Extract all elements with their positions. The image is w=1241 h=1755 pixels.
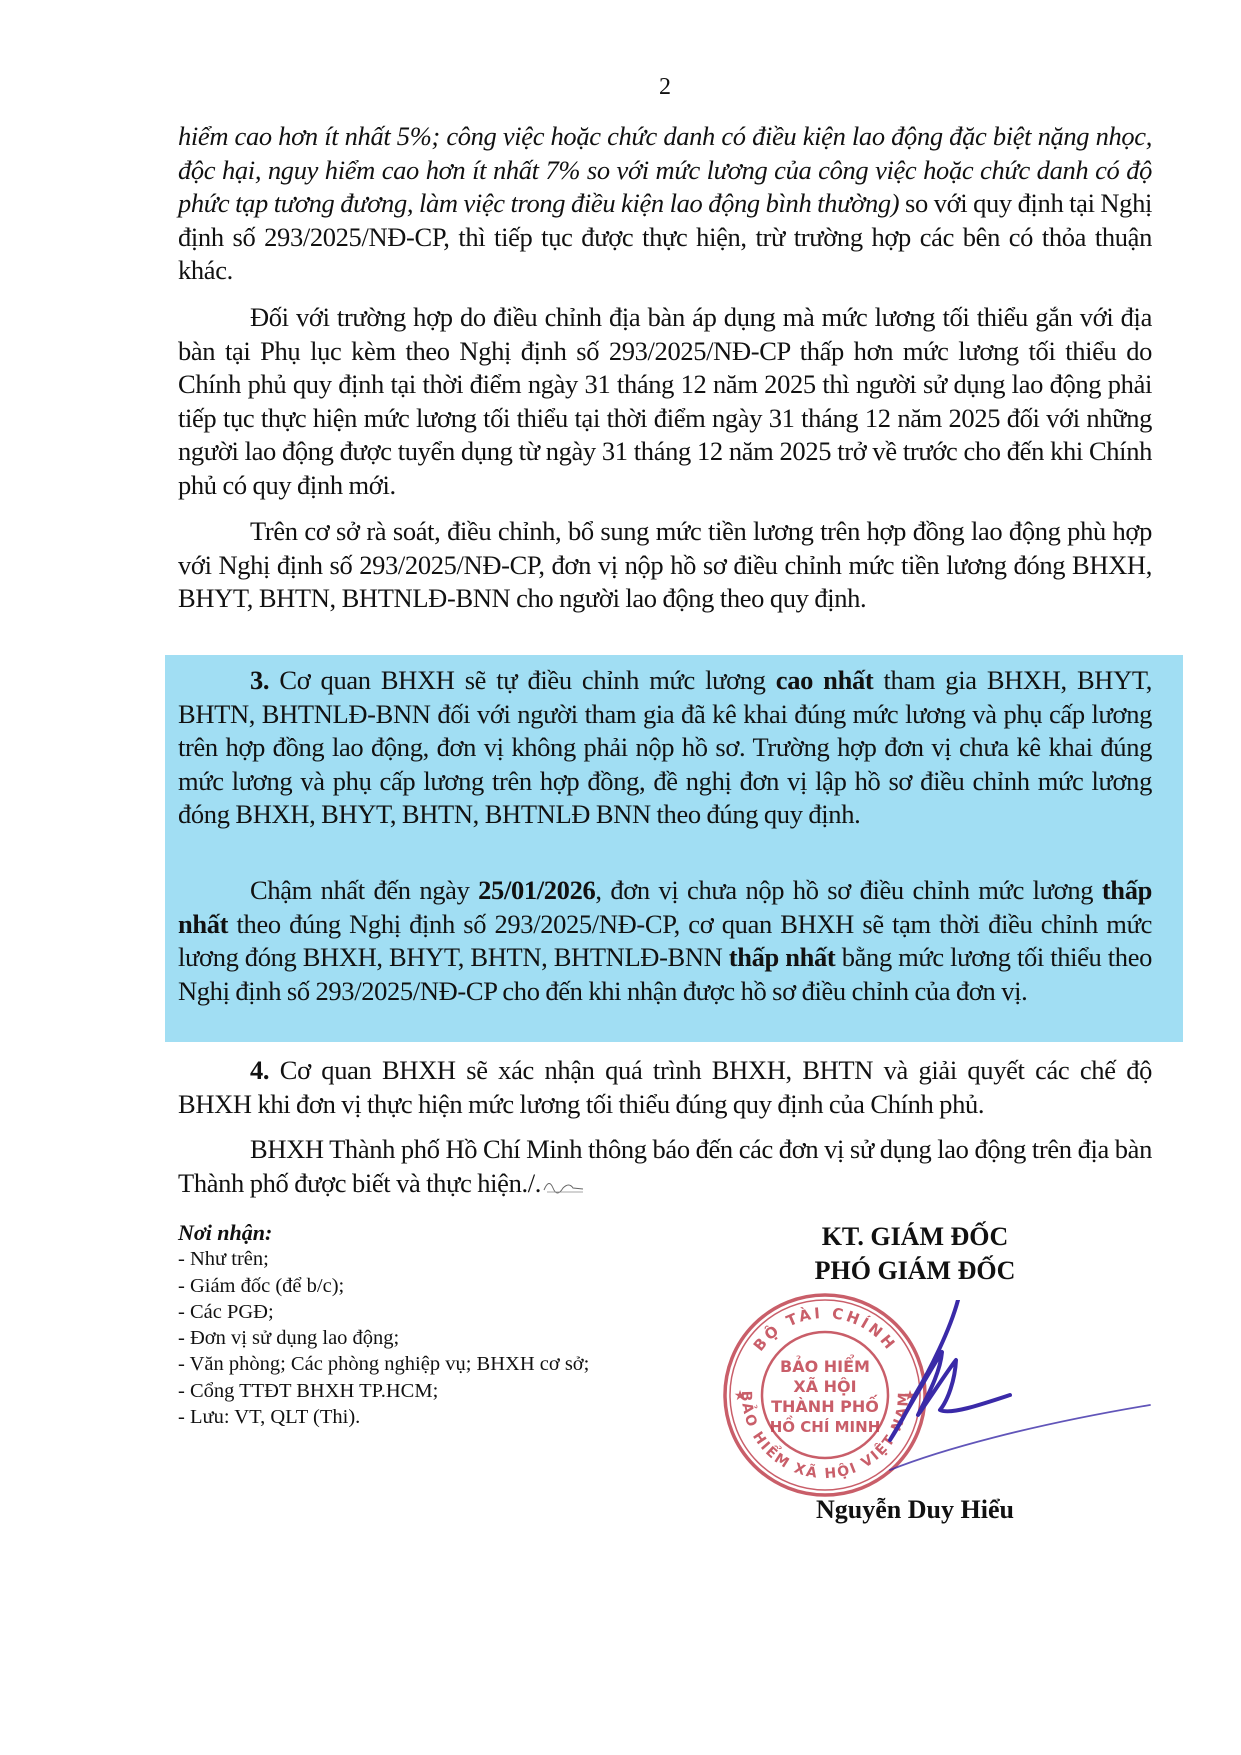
stamp-inner-line: XÃ HỘI bbox=[793, 1376, 856, 1396]
recipients-list: Nơi nhận: - Như trên; - Giám đốc (để b/c… bbox=[178, 1220, 589, 1430]
text-part: Cơ quan BHXH sẽ xác nhận quá trình BHXH,… bbox=[178, 1055, 1152, 1119]
paragraph-continuation: hiểm cao hơn ít nhất 5%; công việc hoặc … bbox=[178, 120, 1152, 288]
recipient-item: - Đơn vị sử dụng lao động; bbox=[178, 1325, 589, 1351]
item-number: 4. bbox=[250, 1055, 269, 1085]
signer-name: Nguyễn Duy Hiểu bbox=[770, 1495, 1060, 1525]
recipient-item: - Như trên; bbox=[178, 1246, 589, 1272]
text-part: Cơ quan BHXH sẽ tự điều chỉnh mức lương bbox=[269, 665, 776, 695]
recipient-item: - Giám đốc (để b/c); bbox=[178, 1273, 589, 1299]
bold-text: thấp nhất bbox=[729, 942, 836, 972]
paragraph-text: Đối với trường hợp do điều chỉnh địa bàn… bbox=[178, 301, 1152, 503]
handwritten-signature-icon bbox=[860, 1300, 1160, 1500]
text-part: Chậm nhất đến ngày bbox=[250, 875, 478, 905]
paragraph-item-3: 3. Cơ quan BHXH sẽ tự điều chỉnh mức lươ… bbox=[178, 664, 1152, 832]
deadline-date: 25/01/2026 bbox=[478, 875, 595, 905]
recipient-item: - Cổng TTĐT BHXH TP.HCM; bbox=[178, 1378, 589, 1404]
item-number: 3. bbox=[250, 665, 269, 695]
initial-flourish-icon bbox=[541, 1176, 585, 1194]
paragraph-item-4: 4. Cơ quan BHXH sẽ xác nhận quá trình BH… bbox=[178, 1054, 1152, 1121]
recipients-title: Nơi nhận: bbox=[178, 1220, 589, 1246]
text-part: , đơn vị chưa nộp hồ sơ điều chỉnh mức l… bbox=[595, 875, 1101, 905]
svg-text:★: ★ bbox=[734, 1388, 747, 1404]
text-part: BHXH Thành phố Hồ Chí Minh thông báo đến… bbox=[178, 1134, 1152, 1198]
signer-title: PHÓ GIÁM ĐỐC bbox=[770, 1256, 1060, 1286]
paragraph-deadline: Chậm nhất đến ngày 25/01/2026, đơn vị ch… bbox=[178, 874, 1152, 1008]
page-number: 2 bbox=[0, 74, 1241, 101]
stamp-inner-line: BẢO HIỂM bbox=[780, 1354, 870, 1376]
paragraph-text: Trên cơ sở rà soát, điều chỉnh, bổ sung … bbox=[178, 515, 1152, 616]
recipient-item: - Văn phòng; Các phòng nghiệp vụ; BHXH c… bbox=[178, 1351, 589, 1377]
recipient-item: - Lưu: VT, QLT (Thi). bbox=[178, 1404, 589, 1430]
recipient-item: - Các PGĐ; bbox=[178, 1299, 589, 1325]
signer-authority: KT. GIÁM ĐỐC bbox=[770, 1222, 1060, 1252]
paragraph-closing: BHXH Thành phố Hồ Chí Minh thông báo đến… bbox=[178, 1133, 1152, 1200]
bold-text: cao nhất bbox=[776, 665, 874, 695]
paragraph-minimum-wage-region: Đối với trường hợp do điều chỉnh địa bàn… bbox=[178, 301, 1152, 503]
paragraph-review-adjust: Trên cơ sở rà soát, điều chỉnh, bổ sung … bbox=[178, 515, 1152, 616]
